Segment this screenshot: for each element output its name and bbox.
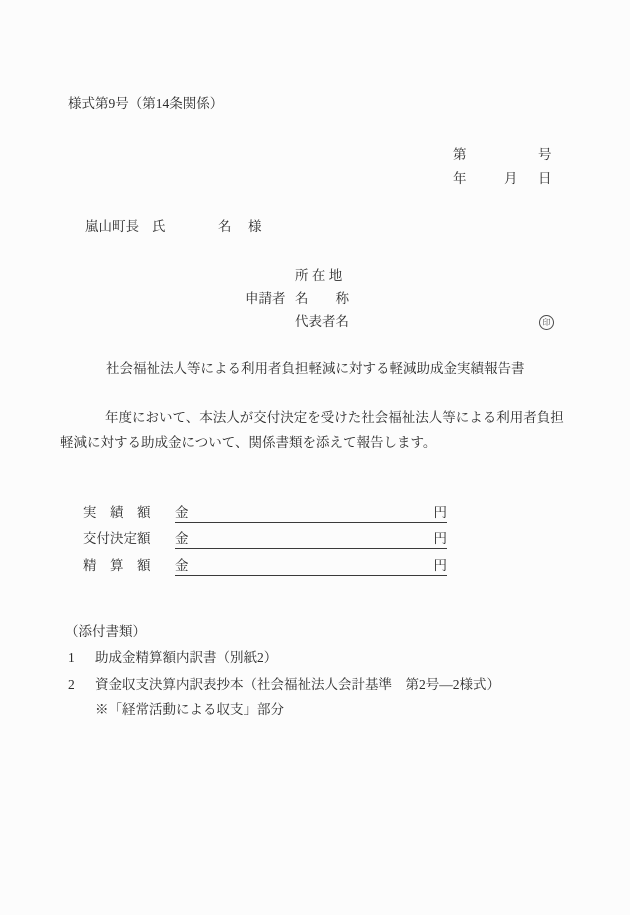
body-line-2: 軽減に対する助成金について、関係書類を添えて報告します。 xyxy=(60,433,436,453)
addressee-name-mei: 名 xyxy=(218,217,232,237)
seal-mark: 印 xyxy=(539,315,554,330)
amount-row-jisseki: 実 績 額 金 円 xyxy=(0,503,630,525)
attachment-item-number: 1 xyxy=(68,648,75,668)
applicant-address-label: 所 在 地 xyxy=(295,266,342,286)
applicant-name-label: 名 称 xyxy=(295,289,349,309)
addressee-name-shi: 氏 xyxy=(152,217,166,237)
doc-number-prefix: 第 xyxy=(453,145,467,165)
document-title: 社会福祉法人等による利用者負担軽減に対する軽減助成金実績報告書 xyxy=(106,359,525,379)
amount-suffix: 円 xyxy=(434,503,448,522)
amount-suffix: 円 xyxy=(434,529,448,548)
addressee-title: 嵐山町長 xyxy=(85,217,139,237)
applicant-label: 申請者 xyxy=(245,289,286,309)
attachments-heading: （添付書類） xyxy=(65,622,146,642)
amount-blank-field: 金 円 xyxy=(175,529,447,549)
addressee-honorific: 様 xyxy=(248,217,262,237)
amount-blank-field: 金 円 xyxy=(175,503,447,523)
amount-suffix: 円 xyxy=(434,556,448,575)
amount-label: 実 績 額 xyxy=(83,503,151,523)
amount-label: 交付決定額 xyxy=(83,529,151,549)
amount-prefix: 金 xyxy=(175,529,189,548)
doc-number-suffix: 号 xyxy=(538,145,552,165)
date-day-label: 日 xyxy=(538,169,552,189)
amount-prefix: 金 xyxy=(175,503,189,522)
date-month-label: 月 xyxy=(504,169,518,189)
form-document-page: 様式第9号（第14条関係） 第 号 年 月 日 嵐山町長 氏 名 様 所 在 地… xyxy=(0,0,630,915)
date-year-label: 年 xyxy=(453,169,467,189)
amount-prefix: 金 xyxy=(175,556,189,575)
amount-row-seisan: 精 算 額 金 円 xyxy=(0,556,630,578)
amount-row-kofukettei: 交付決定額 金 円 xyxy=(0,529,630,551)
body-line-1: 年度において、本法人が交付決定を受けた社会福祉法人等による利用者負担 xyxy=(105,408,564,428)
attachment-item-number: 2 xyxy=(68,675,75,695)
attachment-item-text: 資金収支決算内訳表抄本（社会福祉法人会計基準 第2号―2様式） xyxy=(95,675,500,695)
form-number: 様式第9号（第14条関係） xyxy=(68,94,223,114)
amount-blank-field: 金 円 xyxy=(175,556,447,576)
amount-label: 精 算 額 xyxy=(83,556,151,576)
applicant-representative-label: 代表者名 xyxy=(295,312,349,332)
attachment-item-text: 助成金精算額内訳書（別紙2） xyxy=(95,648,277,668)
attachments-note: ※「経常活動による収支」部分 xyxy=(95,700,284,720)
